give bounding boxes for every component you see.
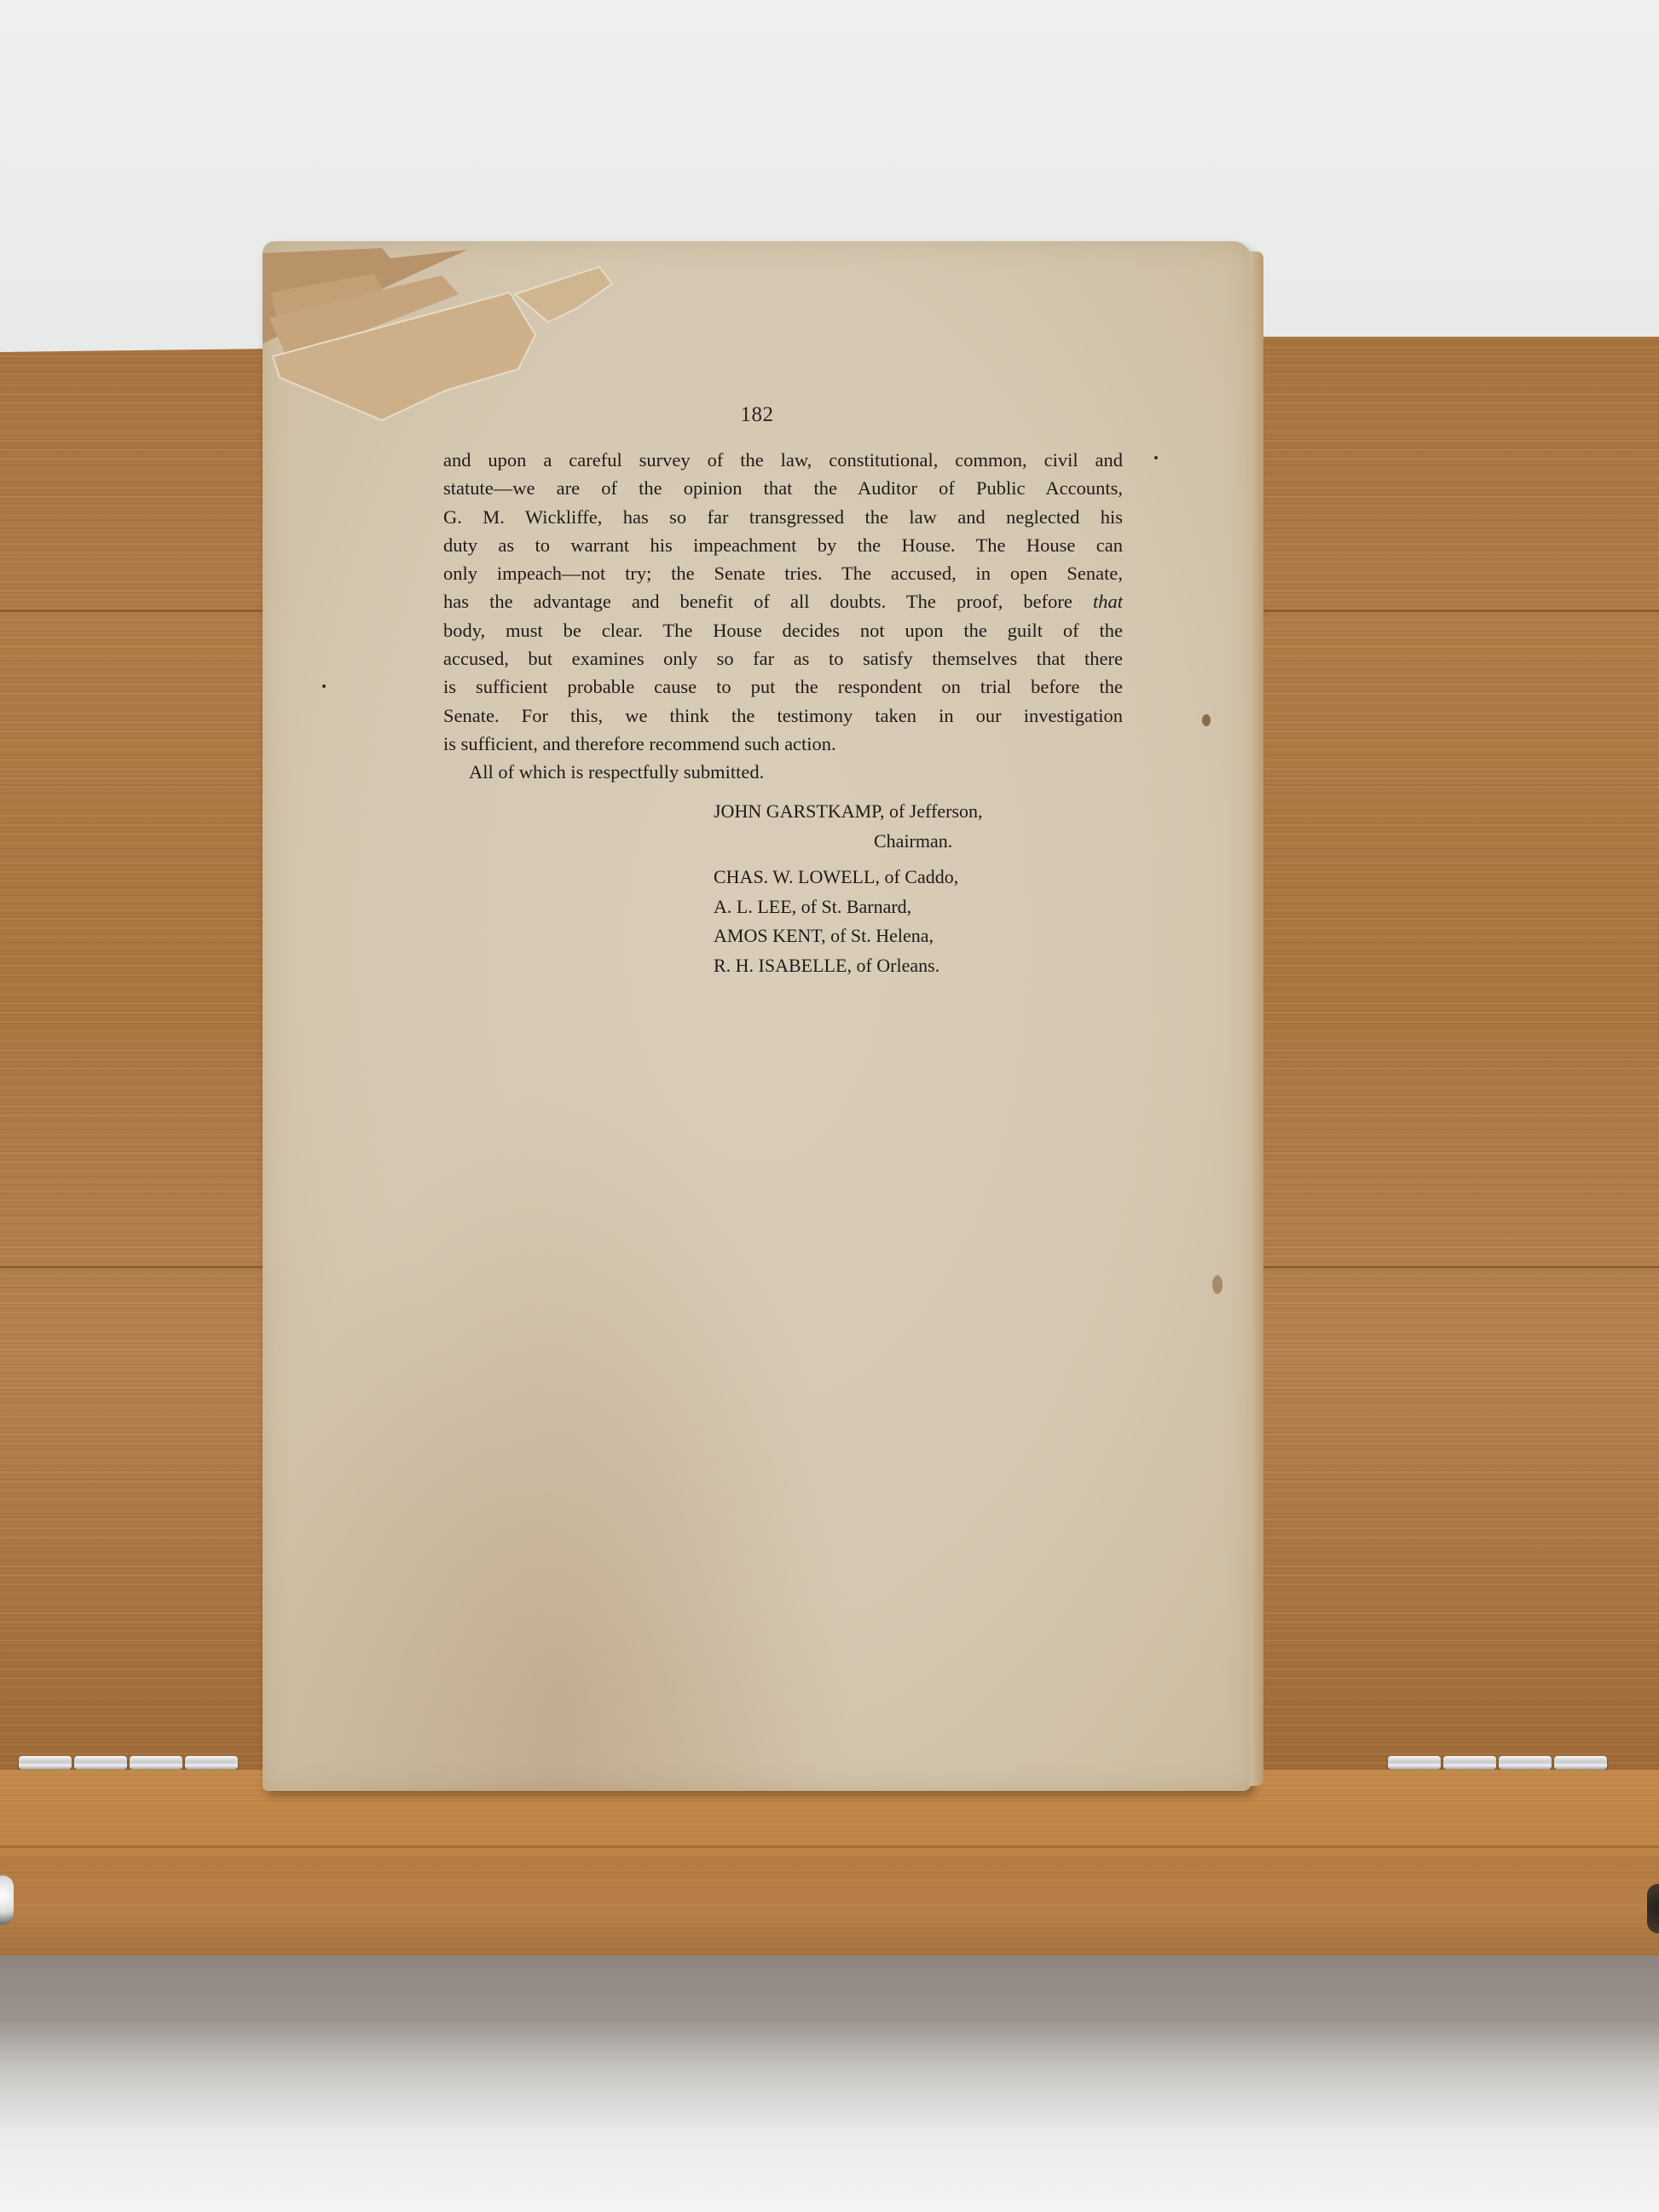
signatory: JOHN GARSTKAMP, of Jefferson,	[714, 797, 983, 827]
text-line: only impeach—not try; the Senate tries. …	[443, 559, 1123, 587]
signatory: R. H. ISABELLE, of Orleans.	[714, 951, 983, 981]
text-line: is sufficient probable cause to put the …	[443, 673, 1123, 701]
text-line: is sufficient, and therefore recommend s…	[443, 730, 1123, 758]
stand-hole-right	[1647, 1884, 1659, 1933]
closing-statement: All of which is respectfully submitted.	[443, 758, 1123, 786]
paper-speck	[1154, 456, 1158, 459]
text-line: G. M. Wickliffe, has so far transgressed…	[443, 503, 1123, 531]
signatory-name: AMOS KENT,	[714, 925, 826, 946]
table-surface-shadow	[0, 1955, 1659, 2212]
signatory-parish: of St. Helena,	[830, 925, 934, 946]
signatory-parish: of Orleans.	[856, 955, 939, 976]
signatory-parish: of Jefferson,	[889, 800, 983, 822]
text-line: statute—we are of the opinion that the A…	[443, 474, 1123, 502]
hinge-segment	[19, 1756, 72, 1770]
text-line-with-italic: has the advantage and benefit of all dou…	[443, 587, 1123, 615]
text-line: accused, but examines only so far as to …	[443, 644, 1123, 673]
hinge-segment	[1443, 1756, 1496, 1770]
signatory-name: R. H. ISABELLE,	[714, 955, 852, 976]
signatory-name: A. L. LEE,	[714, 896, 796, 917]
report-body-text: and upon a careful survey of the law, co…	[443, 446, 1123, 787]
paper-speck	[322, 684, 326, 688]
signatory: A. L. LEE, of St. Barnard,	[714, 892, 983, 922]
text-line: duty as to warrant his impeachment by th…	[443, 531, 1123, 559]
stand-knob-left	[0, 1875, 14, 1925]
bamboo-ledge	[0, 1770, 1659, 1955]
signatory-parish: of St. Barnard,	[801, 896, 912, 917]
paper-blemish	[1202, 714, 1211, 726]
page-edge	[1250, 251, 1263, 1786]
text-line: body, must be clear. The House decides n…	[443, 616, 1123, 644]
signatory-parish: of Caddo,	[884, 866, 958, 887]
hinge-segment	[130, 1756, 182, 1770]
ledge-edge	[0, 1845, 1659, 1848]
signatory: CHAS. W. LOWELL, of Caddo,	[714, 863, 983, 892]
torn-corner-icon	[263, 241, 629, 429]
hinge-left	[19, 1756, 238, 1770]
italic-word: that	[1093, 591, 1123, 612]
hinge-segment	[1554, 1756, 1607, 1770]
page-number: 182	[263, 403, 1251, 427]
paper-blemish	[1212, 1275, 1223, 1294]
signature-block: JOHN GARSTKAMP, of Jefferson, Chairman. …	[714, 797, 983, 980]
signatory-title: Chairman.	[714, 827, 983, 857]
document-page: 182 and upon a careful survey of the law…	[263, 241, 1251, 1791]
hinge-segment	[1388, 1756, 1441, 1770]
text-segment: has the advantage and benefit of all dou…	[443, 591, 1072, 612]
signatory-name: CHAS. W. LOWELL,	[714, 866, 880, 887]
signatory-name: JOHN GARSTKAMP,	[714, 800, 884, 822]
signatory: AMOS KENT, of St. Helena,	[714, 921, 983, 951]
hinge-segment	[1499, 1756, 1552, 1770]
hinge-right	[1388, 1756, 1607, 1770]
hinge-segment	[74, 1756, 127, 1770]
text-line: and upon a careful survey of the law, co…	[443, 446, 1123, 474]
hinge-segment	[185, 1756, 238, 1770]
text-line: Senate. For this, we think the testimony…	[443, 702, 1123, 730]
